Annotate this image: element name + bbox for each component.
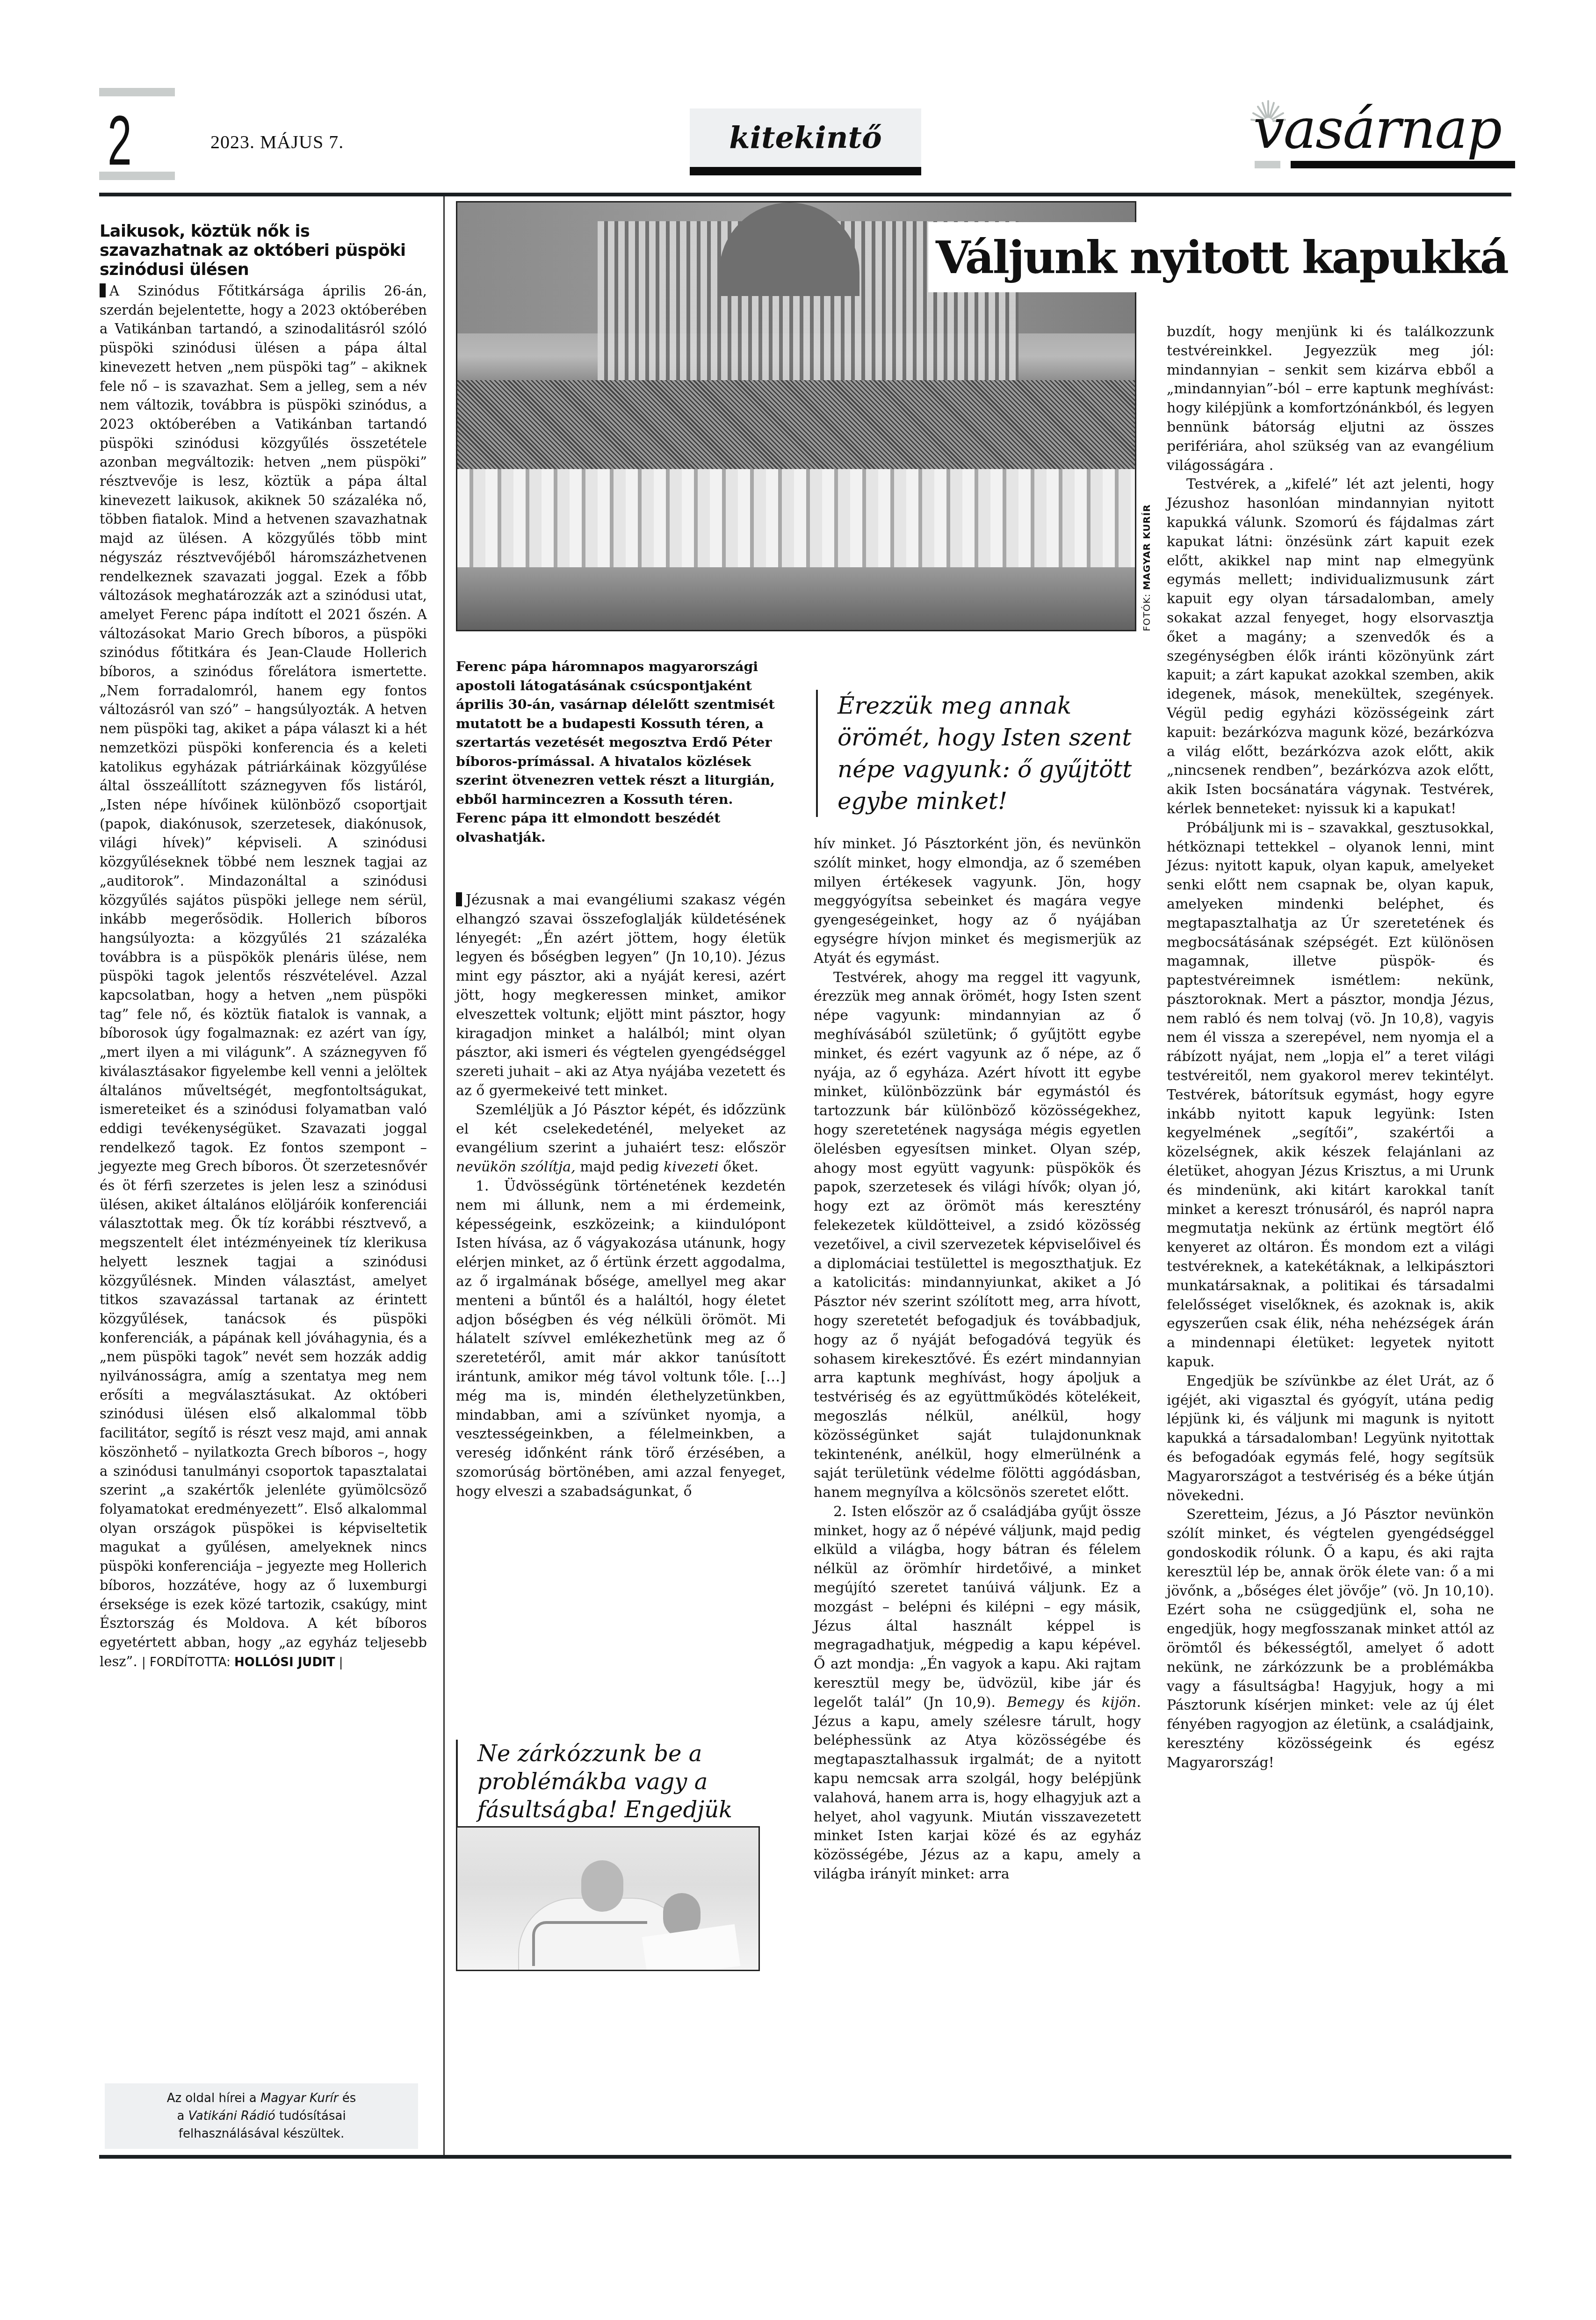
news-body: A Szinódus Főtitkársága április 26-án, s… bbox=[100, 282, 427, 1672]
emphasis-text: kijön bbox=[1102, 1694, 1136, 1711]
emphasis-text: Bemegy bbox=[1007, 1694, 1064, 1711]
source-vatikani-radio: Vatikáni Rádió bbox=[188, 2109, 275, 2123]
sermon-text: Jézusnak a mai evangéliumi szakasz végén… bbox=[456, 892, 786, 1099]
source-text: a bbox=[177, 2109, 188, 2123]
footer-divider bbox=[99, 2155, 1511, 2159]
header-divider bbox=[99, 193, 1511, 196]
news-article: Laikusok, köztük nők is szavazhatnak az … bbox=[100, 222, 427, 1672]
column-divider bbox=[443, 196, 445, 2156]
sermon-paragraph: 1. Üdvösségünk történetének kezdetén nem… bbox=[456, 1177, 786, 1502]
logo-rule bbox=[1291, 161, 1515, 168]
photo-credit-name: MAGYAR KURÍR bbox=[1141, 504, 1152, 590]
source-line-3: felhasználásával készültek. bbox=[167, 2125, 356, 2143]
sermon-paragraph: Szemléljük a Jó Pásztor képét, és időzzü… bbox=[456, 1101, 786, 1177]
sermon-paragraph: Próbáljunk mi is – szavakkal, gesztusokk… bbox=[1167, 819, 1494, 1372]
main-headline: Váljunk nyitott kapukká bbox=[936, 231, 1510, 284]
emphasis-text: kivezeti bbox=[664, 1159, 719, 1175]
photo-microphone bbox=[532, 1921, 647, 1966]
source-line-1: Az oldal hírei a Magyar Kurír és bbox=[167, 2089, 356, 2107]
photo-credit-prefix: FOTÓK: bbox=[1141, 590, 1152, 631]
source-note: Az oldal hírei a Magyar Kurír és a Vatik… bbox=[105, 2083, 418, 2149]
photo-pope-head bbox=[581, 1860, 623, 1912]
sermon-paragraph: hív minket. Jó Pásztorként jön, és nevün… bbox=[814, 835, 1141, 968]
sermon-paragraph: Szeretteim, Jézus, a Jó Pásztor nevünkön… bbox=[1167, 1505, 1494, 1772]
news-headline: Laikusok, köztük nők is szavazhatnak az … bbox=[100, 222, 427, 280]
sermon-column-3: buzdít, hogy menjünk ki és találkozzunk … bbox=[1167, 323, 1494, 1773]
emphasis-text: nevükön szólítja, bbox=[456, 1159, 576, 1175]
publication-logo: vasárnap bbox=[1253, 101, 1501, 157]
issue-date: 2023. MÁJUS 7. bbox=[210, 131, 344, 153]
news-body-text: A Szinódus Főtitkársága április 26-án, s… bbox=[100, 283, 427, 1670]
logo-rule-accent bbox=[1255, 161, 1280, 168]
sermon-column-2: hív minket. Jó Pásztorként jön, és nevün… bbox=[814, 835, 1141, 1884]
article-lead: Ferenc pápa háromnapos magyarországi apo… bbox=[456, 657, 786, 846]
source-text: és bbox=[339, 2091, 356, 2105]
translator-name: HOLLÓSI JUDIT bbox=[234, 1655, 335, 1670]
section-label: kitekintő bbox=[690, 108, 921, 175]
credit-prefix: | FORDÍTOTTA: bbox=[142, 1655, 231, 1670]
source-magyar-kurir: Magyar Kurír bbox=[260, 2091, 339, 2105]
paragraph-marker-icon bbox=[456, 892, 462, 906]
sermon-text: . Jézus a kapu, amely szélesre tárult, h… bbox=[814, 1694, 1141, 1882]
credit-suffix: | bbox=[339, 1655, 343, 1670]
headline-box: Váljunk nyitott kapukká bbox=[928, 222, 1510, 292]
pope-photo bbox=[456, 1826, 760, 1971]
sermon-paragraph: buzdít, hogy menjünk ki és találkozzunk … bbox=[1167, 323, 1494, 475]
sermon-text: 2. Isten először az ő családjába gyűjt ö… bbox=[814, 1503, 1141, 1711]
sermon-text: őket. bbox=[719, 1159, 758, 1175]
page-number-bar-top bbox=[99, 88, 175, 96]
source-text: tudósításai bbox=[275, 2109, 346, 2123]
sermon-paragraph: Testvérek, a „kifelé” lét azt jelenti, h… bbox=[1167, 475, 1494, 818]
sermon-paragraph: Testvérek, ahogy ma reggel itt vagyunk, … bbox=[814, 968, 1141, 1503]
sermon-paragraph: Jézusnak a mai evangéliumi szakasz végén… bbox=[456, 891, 786, 1101]
sermon-text: majd pedig bbox=[576, 1159, 664, 1175]
photo-crowd bbox=[457, 380, 1135, 474]
sermon-paragraph: Engedjük be szívünkbe az élet Urát, az ő… bbox=[1167, 1372, 1494, 1506]
section-name: kitekintő bbox=[729, 120, 881, 155]
photo-ground bbox=[457, 567, 1135, 631]
source-text: Az oldal hírei a bbox=[167, 2091, 260, 2105]
page-number-bar-bottom bbox=[99, 172, 175, 180]
source-line-2: a Vatikáni Rádió tudósításai bbox=[167, 2107, 356, 2125]
translator-credit: | FORDÍTOTTA: HOLLÓSI JUDIT | bbox=[142, 1655, 343, 1670]
paragraph-marker-icon bbox=[100, 283, 106, 297]
sermon-text: Szemléljük a Jó Pásztor képét, és időzzü… bbox=[456, 1102, 786, 1156]
sermon-column-1: Jézusnak a mai evangéliumi szakasz végén… bbox=[456, 891, 786, 1502]
photo-clergy bbox=[457, 469, 1135, 572]
sermon-text: és bbox=[1064, 1694, 1102, 1711]
photo-credit: FOTÓK: MAGYAR KURÍR bbox=[1141, 504, 1152, 631]
page-number: 2 bbox=[108, 105, 132, 175]
sermon-paragraph: 2. Isten először az ő családjába gyűjt ö… bbox=[814, 1503, 1141, 1884]
pull-quote-1: Érezzük meg annak örömét, hogy Isten sze… bbox=[816, 690, 1146, 817]
